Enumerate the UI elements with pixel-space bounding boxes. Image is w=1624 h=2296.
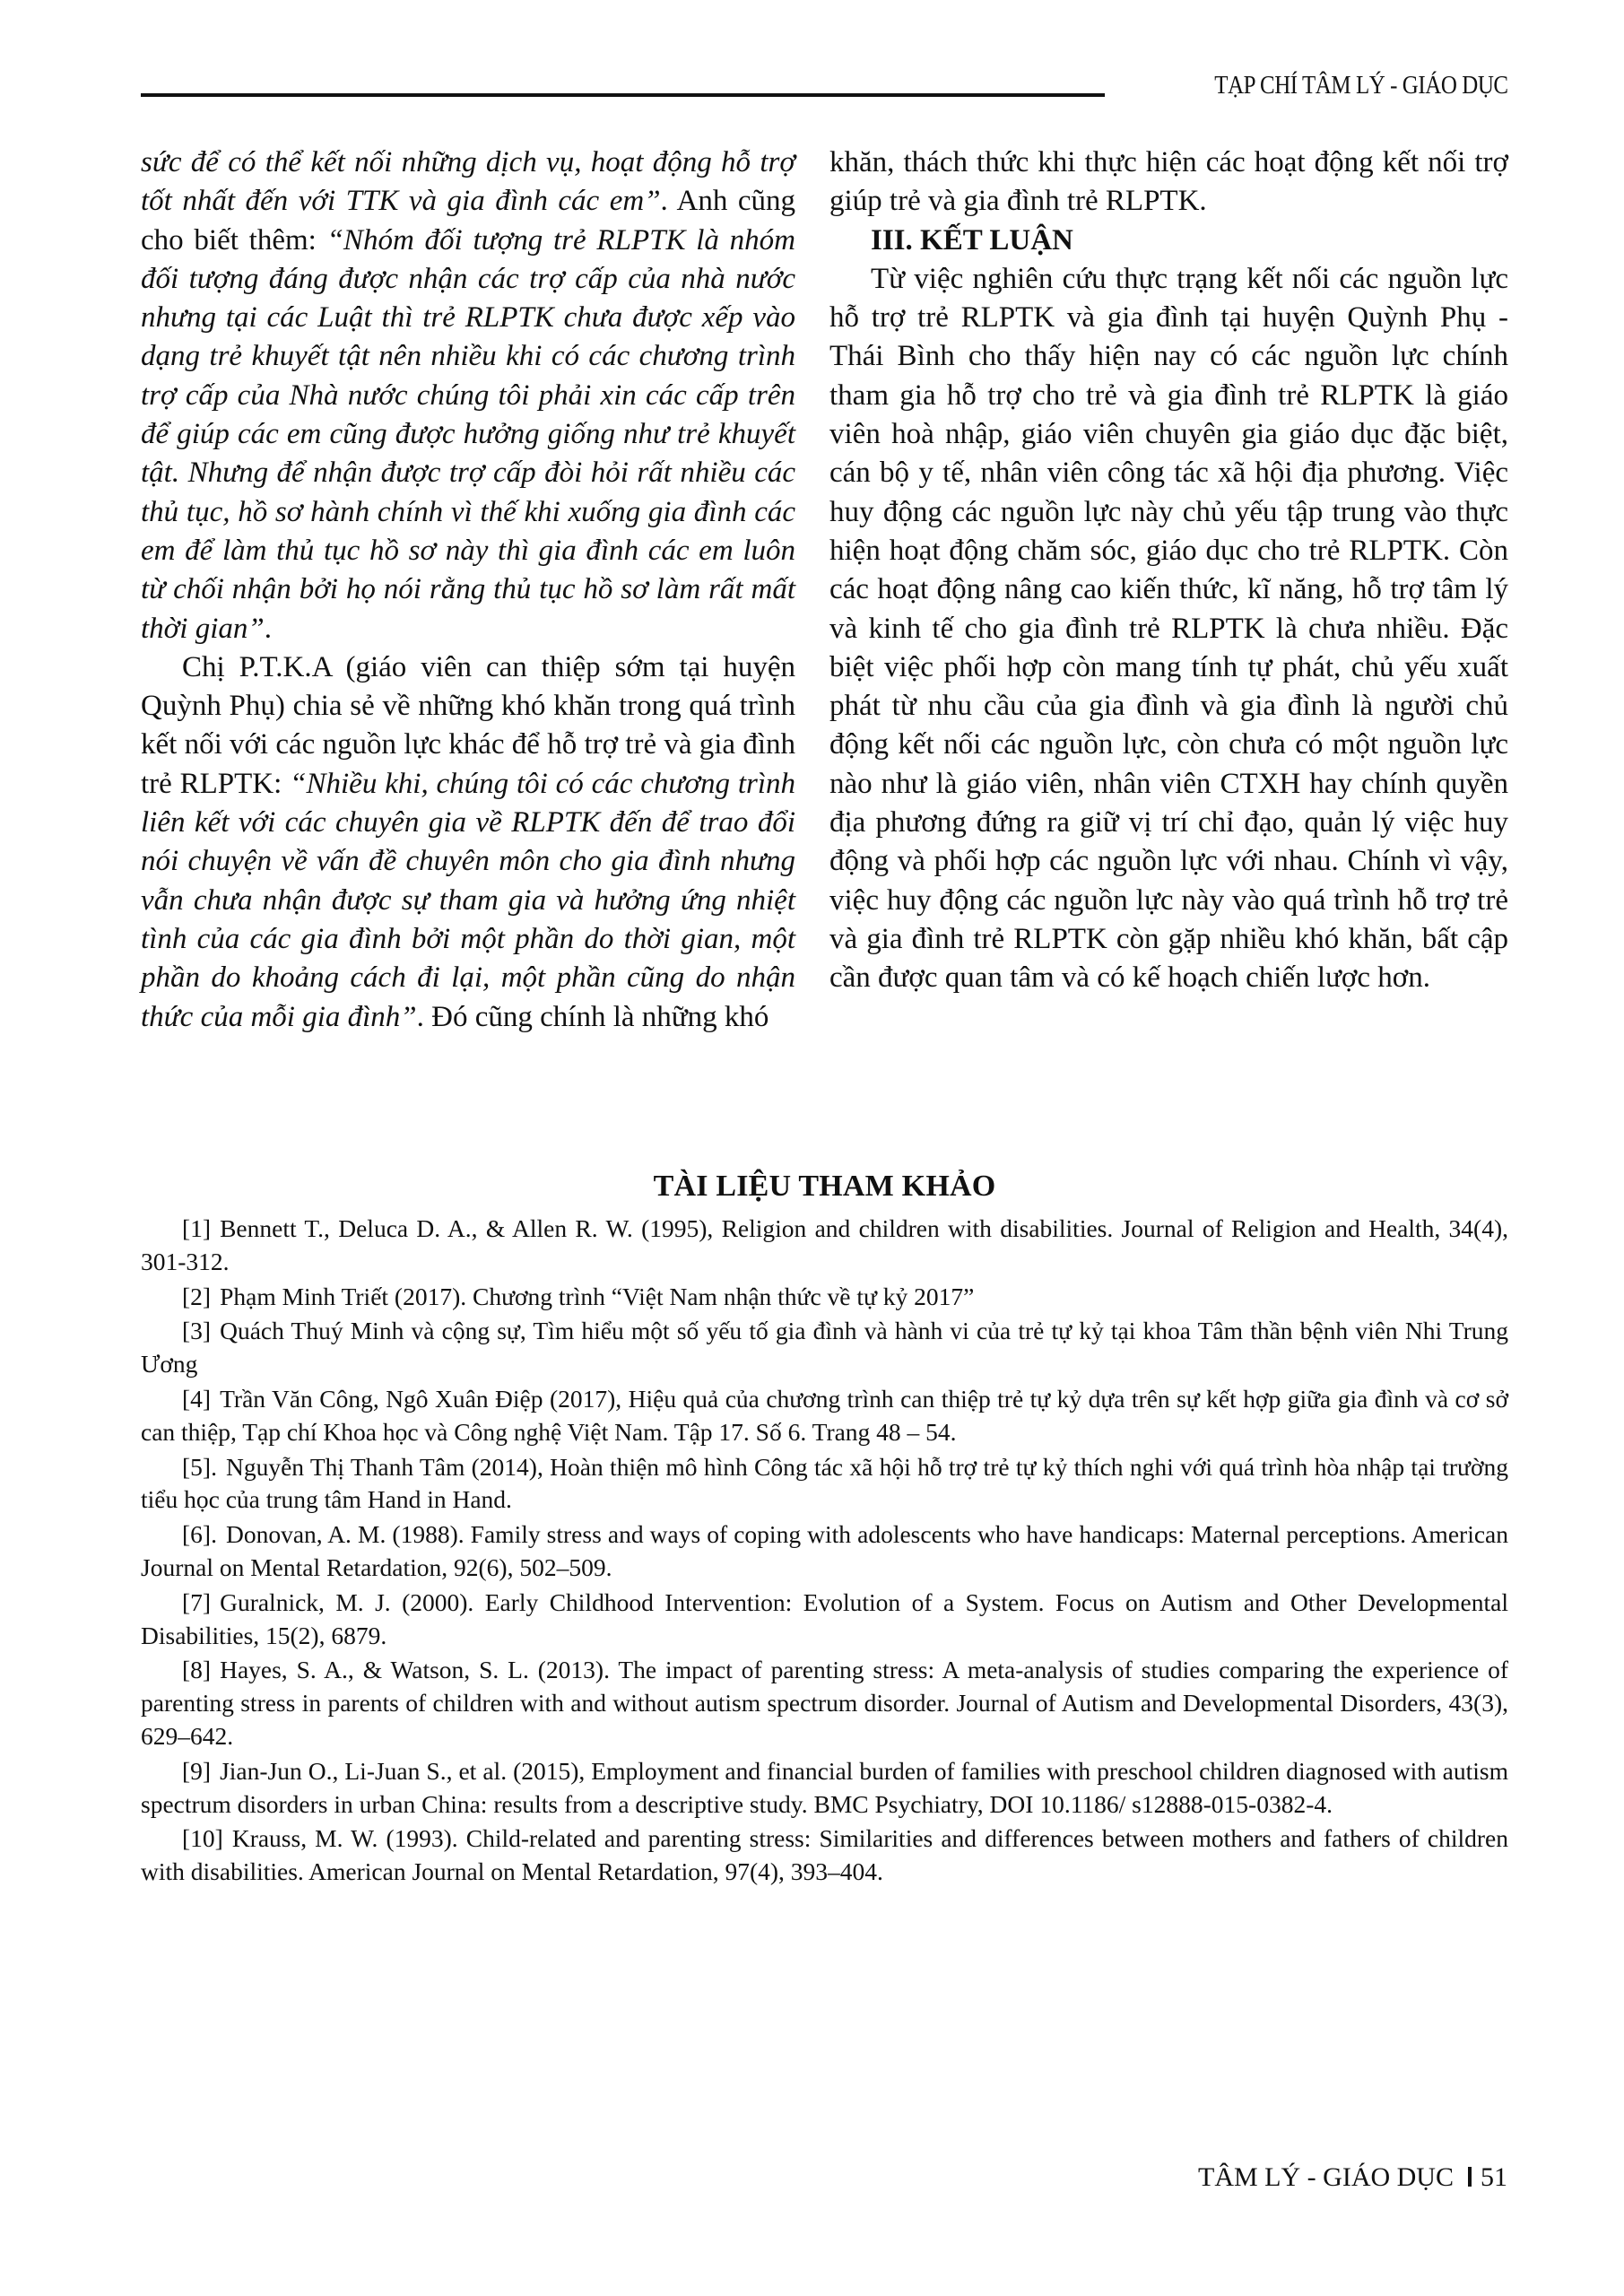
reference-text: Jian-Jun O., Li-Juan S., et al. (2015), … (141, 1757, 1508, 1818)
journal-title: TẠP CHÍ TÂM LÝ - GIÁO DỤC (1215, 70, 1508, 100)
paragraph-conclusion: Từ việc nghiên cứu thực trạng kết nối cá… (829, 260, 1508, 998)
page-footer: TÂM LÝ - GIÁO DỤC51 (1198, 2160, 1507, 2196)
reference-text: Hayes, S. A., & Watson, S. L. (2013). Th… (141, 1656, 1508, 1750)
body-text: . (265, 613, 272, 645)
reference-text: Quách Thuý Minh và cộng sự, Tìm hiểu một… (141, 1317, 1508, 1378)
reference-number: [1] (182, 1214, 211, 1242)
reference-item: [9]Jian-Jun O., Li-Juan S., et al. (2015… (141, 1755, 1508, 1822)
reference-item: [3]Quách Thuý Minh và cộng sự, Tìm hiểu … (141, 1315, 1508, 1381)
paragraph-continuation: khăn, thách thức khi thực hiện các hoạt … (829, 143, 1508, 222)
page-header: TẠP CHÍ TÂM LÝ - GIÁO DỤC (141, 70, 1508, 100)
reference-item: [8]Hayes, S. A., & Watson, S. L. (2013).… (141, 1654, 1508, 1752)
quote-text: “Nhiều khi, chúng tôi có các chương trìn… (141, 768, 795, 1033)
reference-text: Nguyễn Thị Thanh Tâm (2014), Hoàn thiện … (141, 1453, 1508, 1514)
reference-number: [5]. (182, 1453, 217, 1481)
section-heading-conclusion: III. KẾT LUẬN (829, 222, 1508, 260)
references-title: TÀI LIỆU THAM KHẢO (141, 1164, 1508, 1209)
reference-item: [6].Donovan, A. M. (1988). Family stress… (141, 1518, 1508, 1585)
page-number: 51 (1481, 2162, 1507, 2192)
article-body: sức để có thể kết nối những dịch vụ, hoạ… (141, 143, 1508, 1130)
reference-number: [2] (182, 1283, 211, 1310)
reference-item: [10]Krauss, M. W. (1993). Child-related … (141, 1822, 1508, 1889)
reference-number: [3] (182, 1317, 211, 1344)
header-rule (141, 93, 1105, 97)
reference-item: [7]Guralnick, M. J. (2000). Early Childh… (141, 1587, 1508, 1653)
reference-item: [5].Nguyễn Thị Thanh Tâm (2014), Hoàn th… (141, 1451, 1508, 1518)
reference-text: Phạm Minh Triết (2017). Chương trình “Vi… (220, 1283, 974, 1310)
reference-number: [6]. (182, 1520, 217, 1548)
reference-item: [4]Trần Văn Công, Ngô Xuân Điệp (2017), … (141, 1383, 1508, 1449)
quote-text: “Nhóm đối tượng trẻ RLPTK là nhóm đối tư… (141, 224, 795, 645)
footer-separator-bar (1468, 2167, 1472, 2187)
right-column: khăn, thách thức khi thực hiện các hoạt … (829, 143, 1508, 998)
reference-number: [4] (182, 1385, 211, 1413)
footer-journal-name: TÂM LÝ - GIÁO DỤC (1198, 2162, 1454, 2192)
reference-number: [10] (182, 1824, 223, 1852)
references-list: [1]Bennett T., Deluca D. A., & Allen R. … (141, 1213, 1508, 1891)
reference-number: [7] (182, 1588, 211, 1616)
reference-text: Donovan, A. M. (1988). Family stress and… (141, 1520, 1508, 1581)
reference-number: [9] (182, 1757, 211, 1785)
reference-text: Trần Văn Công, Ngô Xuân Điệp (2017), Hiệ… (141, 1385, 1508, 1446)
reference-number: [8] (182, 1656, 211, 1683)
body-text: . Đó cũng chính là những khó (417, 1001, 769, 1033)
reference-text: Krauss, M. W. (1993). Child-related and … (141, 1824, 1508, 1885)
reference-text: Bennett T., Deluca D. A., & Allen R. W. … (141, 1214, 1508, 1275)
reference-item: [1]Bennett T., Deluca D. A., & Allen R. … (141, 1213, 1508, 1279)
paragraph-teacher-quote: Chị P.T.K.A (giáo viên can thiệp sớm tại… (141, 648, 795, 1037)
paragraph-interview-quote: sức để có thể kết nối những dịch vụ, hoạ… (141, 143, 795, 648)
left-column: sức để có thể kết nối những dịch vụ, hoạ… (141, 143, 795, 1037)
reference-item: [2]Phạm Minh Triết (2017). Chương trình … (141, 1281, 1508, 1314)
reference-text: Guralnick, M. J. (2000). Early Childhood… (141, 1588, 1508, 1649)
